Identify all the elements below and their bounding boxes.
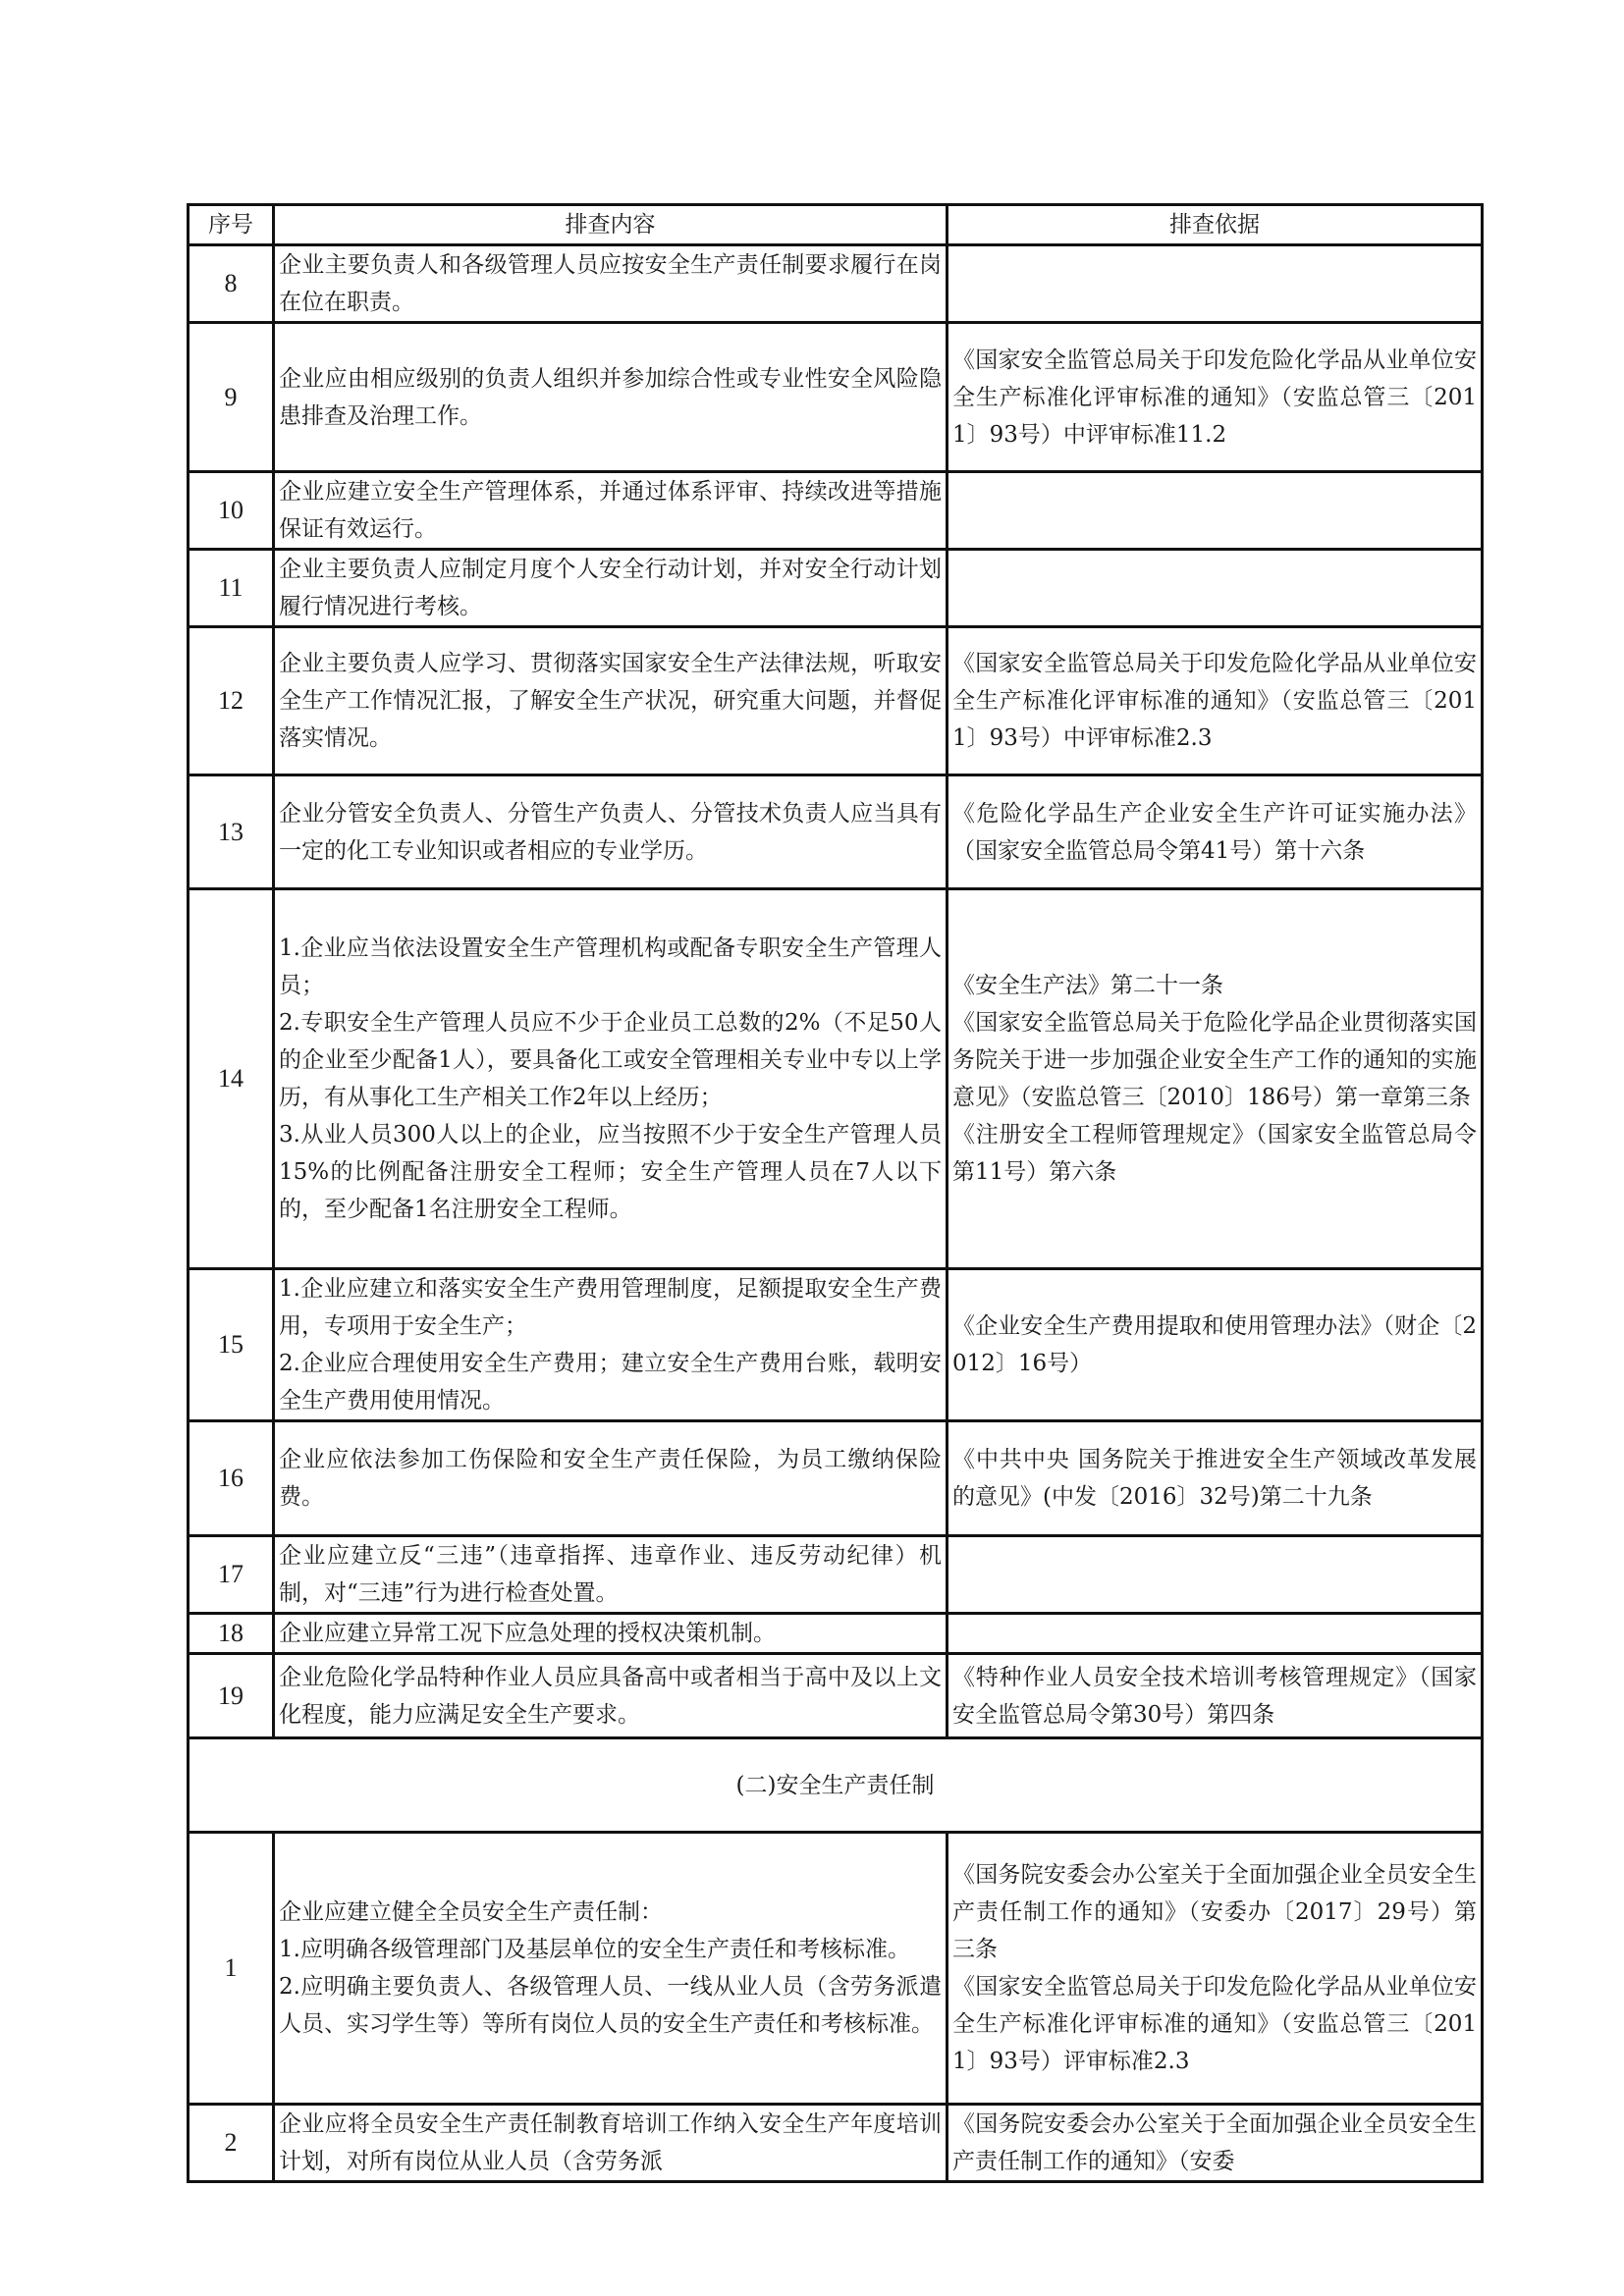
basis-line: 《国务院安委会办公室关于全面加强企业全员安全生产责任制工作的通知》（安委 — [952, 2106, 1477, 2180]
inspection-content: 企业分管安全负责人、分管生产负责人、分管技术负责人应当具有一定的化工专业知识或者… — [274, 775, 947, 889]
basis-line: 《注册安全工程师管理规定》（国家安全监管总局令第11号）第六条 — [952, 1116, 1477, 1191]
row-number: 9 — [189, 323, 274, 472]
basis-line: 《国家安全监管总局关于危险化学品企业贯彻落实国务院关于进一步加强企业安全生产工作… — [952, 1004, 1477, 1116]
header-content: 排查内容 — [274, 205, 947, 245]
row-number: 18 — [189, 1614, 274, 1654]
basis-line: 《国家安全监管总局关于印发危险化学品从业单位安全生产标准化评审标准的通知》（安监… — [952, 1968, 1477, 2080]
inspection-content: 企业主要负责人和各级管理人员应按安全生产责任制要求履行在岗在位在职责。 — [274, 245, 947, 323]
row-number: 2 — [189, 2105, 274, 2182]
inspection-content: 企业危险化学品特种作业人员应具备高中或者相当于高中及以上文化程度，能力应满足安全… — [274, 1654, 947, 1738]
table-row: 9企业应由相应级别的负责人组织并参加综合性或专业性安全风险隐患排查及治理工作。《… — [189, 323, 1483, 472]
content-line: 企业主要负责人应学习、贯彻落实国家安全生产法律法规，听取安全生产工作情况汇报，了… — [279, 645, 942, 757]
content-line: 2.专职安全生产管理人员应不少于企业员工总数的2%（不足50人的企业至少配备1人… — [279, 1004, 942, 1116]
content-line: 2.应明确主要负责人、各级管理人员、一线从业人员（含劳务派遣人员、实习学生等）等… — [279, 1968, 942, 2043]
row-number: 13 — [189, 775, 274, 889]
row-number: 1 — [189, 1833, 274, 2105]
row-number: 15 — [189, 1269, 274, 1421]
inspection-content: 企业应由相应级别的负责人组织并参加综合性或专业性安全风险隐患排查及治理工作。 — [274, 323, 947, 472]
row-number: 12 — [189, 627, 274, 775]
inspection-table: 序号 排查内容 排查依据 8企业主要负责人和各级管理人员应按安全生产责任制要求履… — [187, 203, 1484, 2183]
table-row: 12企业主要负责人应学习、贯彻落实国家安全生产法律法规，听取安全生产工作情况汇报… — [189, 627, 1483, 775]
inspection-content: 1.企业应建立和落实安全生产费用管理制度，足额提取安全生产费用，专项用于安全生产… — [274, 1269, 947, 1421]
basis-line: 《国家安全监管总局关于印发危险化学品从业单位安全生产标准化评审标准的通知》（安监… — [952, 342, 1477, 454]
inspection-basis — [947, 472, 1483, 550]
content-line: 企业应建立安全生产管理体系，并通过体系评审、持续改进等措施保证有效运行。 — [279, 473, 942, 548]
basis-line: 《国务院安委会办公室关于全面加强企业全员安全生产责任制工作的通知》（安委办〔20… — [952, 1856, 1477, 1968]
row-number: 19 — [189, 1654, 274, 1738]
content-line: 企业应依法参加工伤保险和安全生产责任保险，为员工缴纳保险费。 — [279, 1441, 942, 1516]
inspection-content: 企业应建立反“三违”（违章指挥、违章作业、违反劳动纪律）机制，对“三违”行为进行… — [274, 1536, 947, 1614]
table-row: 141.企业应当依法设置安全生产管理机构或配备专职安全生产管理人员；2.专职安全… — [189, 889, 1483, 1269]
section-title: (二)安全生产责任制 — [189, 1738, 1483, 1833]
inspection-basis: 《安全生产法》第二十一条《国家安全监管总局关于危险化学品企业贯彻落实国务院关于进… — [947, 889, 1483, 1269]
document-page: 序号 排查内容 排查依据 8企业主要负责人和各级管理人员应按安全生产责任制要求履… — [0, 0, 1624, 2296]
table-row: 10企业应建立安全生产管理体系，并通过体系评审、持续改进等措施保证有效运行。 — [189, 472, 1483, 550]
content-line: 企业应建立反“三违”（违章指挥、违章作业、违反劳动纪律）机制，对“三违”行为进行… — [279, 1537, 942, 1612]
content-line: 3.从业人员300人以上的企业，应当按照不少于安全生产管理人员15%的比例配备注… — [279, 1116, 942, 1228]
basis-line: 《中共中央 国务院关于推进安全生产领域改革发展的意见》(中发〔2016〕32号)… — [952, 1441, 1477, 1516]
section-header-row: (二)安全生产责任制 — [189, 1738, 1483, 1833]
content-line: 企业应建立健全全员安全生产责任制： — [279, 1894, 942, 1931]
basis-line: 《特种作业人员安全技术培训考核管理规定》（国家安全监管总局令第30号）第四条 — [952, 1659, 1477, 1734]
header-basis: 排查依据 — [947, 205, 1483, 245]
inspection-content: 企业应将全员安全生产责任制教育培训工作纳入安全生产年度培训计划，对所有岗位从业人… — [274, 2105, 947, 2182]
table-body: 8企业主要负责人和各级管理人员应按安全生产责任制要求履行在岗在位在职责。9企业应… — [189, 245, 1483, 2182]
content-line: 企业应建立异常工况下应急处理的授权决策机制。 — [279, 1615, 942, 1652]
inspection-basis — [947, 550, 1483, 627]
content-line: 企业应将全员安全生产责任制教育培训工作纳入安全生产年度培训计划，对所有岗位从业人… — [279, 2106, 942, 2180]
header-serial-no: 序号 — [189, 205, 274, 245]
content-line: 企业主要负责人和各级管理人员应按安全生产责任制要求履行在岗在位在职责。 — [279, 246, 942, 321]
content-line: 1.应明确各级管理部门及基层单位的安全生产责任和考核标准。 — [279, 1931, 942, 1968]
table-row: 16企业应依法参加工伤保险和安全生产责任保险，为员工缴纳保险费。《中共中央 国务… — [189, 1421, 1483, 1536]
content-line: 企业应由相应级别的负责人组织并参加综合性或专业性安全风险隐患排查及治理工作。 — [279, 360, 942, 435]
basis-line: 《安全生产法》第二十一条 — [952, 967, 1477, 1004]
inspection-content: 企业主要负责人应制定月度个人安全行动计划，并对安全行动计划履行情况进行考核。 — [274, 550, 947, 627]
content-line: 企业主要负责人应制定月度个人安全行动计划，并对安全行动计划履行情况进行考核。 — [279, 551, 942, 625]
content-line: 2.企业应合理使用安全生产费用；建立安全生产费用台账，载明安全生产费用使用情况。 — [279, 1345, 942, 1419]
table-row: 19企业危险化学品特种作业人员应具备高中或者相当于高中及以上文化程度，能力应满足… — [189, 1654, 1483, 1738]
content-line: 企业分管安全负责人、分管生产负责人、分管技术负责人应当具有一定的化工专业知识或者… — [279, 795, 942, 870]
inspection-basis: 《企业安全生产费用提取和使用管理办法》（财企〔2012〕16号） — [947, 1269, 1483, 1421]
row-number: 11 — [189, 550, 274, 627]
inspection-basis — [947, 1614, 1483, 1654]
inspection-basis: 《国务院安委会办公室关于全面加强企业全员安全生产责任制工作的通知》（安委办〔20… — [947, 1833, 1483, 2105]
inspection-content: 企业应建立安全生产管理体系，并通过体系评审、持续改进等措施保证有效运行。 — [274, 472, 947, 550]
table-row: 8企业主要负责人和各级管理人员应按安全生产责任制要求履行在岗在位在职责。 — [189, 245, 1483, 323]
inspection-content: 1.企业应当依法设置安全生产管理机构或配备专职安全生产管理人员；2.专职安全生产… — [274, 889, 947, 1269]
inspection-content: 企业应建立健全全员安全生产责任制：1.应明确各级管理部门及基层单位的安全生产责任… — [274, 1833, 947, 2105]
inspection-basis — [947, 245, 1483, 323]
inspection-basis — [947, 1536, 1483, 1614]
table-row: 18企业应建立异常工况下应急处理的授权决策机制。 — [189, 1614, 1483, 1654]
content-line: 1.企业应建立和落实安全生产费用管理制度，足额提取安全生产费用，专项用于安全生产… — [279, 1270, 942, 1345]
row-number: 10 — [189, 472, 274, 550]
table-row: 2企业应将全员安全生产责任制教育培训工作纳入安全生产年度培训计划，对所有岗位从业… — [189, 2105, 1483, 2182]
inspection-basis: 《中共中央 国务院关于推进安全生产领域改革发展的意见》(中发〔2016〕32号)… — [947, 1421, 1483, 1536]
inspection-content: 企业主要负责人应学习、贯彻落实国家安全生产法律法规，听取安全生产工作情况汇报，了… — [274, 627, 947, 775]
table-row: 17企业应建立反“三违”（违章指挥、违章作业、违反劳动纪律）机制，对“三违”行为… — [189, 1536, 1483, 1614]
inspection-basis: 《危险化学品生产企业安全生产许可证实施办法》（国家安全监管总局令第41号）第十六… — [947, 775, 1483, 889]
inspection-basis: 《国务院安委会办公室关于全面加强企业全员安全生产责任制工作的通知》（安委 — [947, 2105, 1483, 2182]
row-number: 16 — [189, 1421, 274, 1536]
row-number: 14 — [189, 889, 274, 1269]
content-line: 1.企业应当依法设置安全生产管理机构或配备专职安全生产管理人员； — [279, 930, 942, 1004]
table-row: 151.企业应建立和落实安全生产费用管理制度，足额提取安全生产费用，专项用于安全… — [189, 1269, 1483, 1421]
content-line: 企业危险化学品特种作业人员应具备高中或者相当于高中及以上文化程度，能力应满足安全… — [279, 1659, 942, 1734]
table-row: 11企业主要负责人应制定月度个人安全行动计划，并对安全行动计划履行情况进行考核。 — [189, 550, 1483, 627]
inspection-basis: 《国家安全监管总局关于印发危险化学品从业单位安全生产标准化评审标准的通知》（安监… — [947, 323, 1483, 472]
inspection-basis: 《国家安全监管总局关于印发危险化学品从业单位安全生产标准化评审标准的通知》（安监… — [947, 627, 1483, 775]
row-number: 8 — [189, 245, 274, 323]
table-row: 13企业分管安全负责人、分管生产负责人、分管技术负责人应当具有一定的化工专业知识… — [189, 775, 1483, 889]
basis-line: 《国家安全监管总局关于印发危险化学品从业单位安全生产标准化评审标准的通知》（安监… — [952, 645, 1477, 757]
inspection-content: 企业应建立异常工况下应急处理的授权决策机制。 — [274, 1614, 947, 1654]
inspection-basis: 《特种作业人员安全技术培训考核管理规定》（国家安全监管总局令第30号）第四条 — [947, 1654, 1483, 1738]
table-row: 1企业应建立健全全员安全生产责任制：1.应明确各级管理部门及基层单位的安全生产责… — [189, 1833, 1483, 2105]
table-header-row: 序号 排查内容 排查依据 — [189, 205, 1483, 245]
inspection-content: 企业应依法参加工伤保险和安全生产责任保险，为员工缴纳保险费。 — [274, 1421, 947, 1536]
row-number: 17 — [189, 1536, 274, 1614]
basis-line: 《危险化学品生产企业安全生产许可证实施办法》（国家安全监管总局令第41号）第十六… — [952, 795, 1477, 870]
basis-line: 《企业安全生产费用提取和使用管理办法》（财企〔2012〕16号） — [952, 1308, 1477, 1382]
